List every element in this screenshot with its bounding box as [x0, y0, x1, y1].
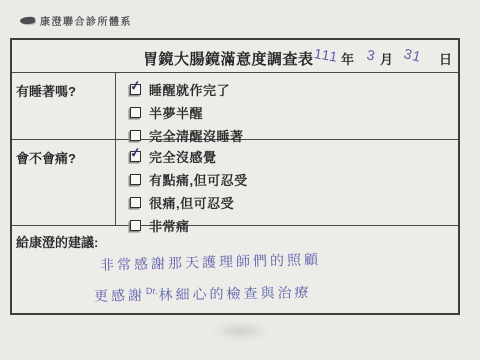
option-label: 很痛,但可忍受 [149, 193, 234, 212]
question-label-sleep: 有睡著嗎? [12, 73, 116, 139]
question-row-pain: 會不會痛? ✓ 完全沒感覺 ✓ 有點痛,但可忍受 ✓ [12, 140, 458, 226]
form-header-row: 胃鏡大腸鏡滿意度調查表 111 年 3 月 31 日 [12, 40, 458, 73]
clinic-logo-line: 康澄聯合診所體系 [20, 13, 132, 28]
handwritten-line2-rest: 林細心的檢查與治療 [158, 284, 311, 303]
checkmark-icon: ✓ [129, 77, 142, 94]
handwritten-comment-line1: 非常感謝那天護理師們的照顧 [100, 249, 321, 275]
option-row: ✓ 睡醒就作完了 [130, 78, 458, 101]
handwritten-comment-line2: 更感謝Dr.林細心的檢查與治療 [94, 282, 312, 306]
question-options-pain: ✓ 完全沒感覺 ✓ 有點痛,但可忍受 ✓ 很痛,但可忍受 [116, 140, 458, 225]
date-month-label: 月 [380, 49, 393, 68]
suggestion-label: 給康澄的建議: [16, 235, 98, 250]
scan-smudge [212, 322, 270, 340]
option-row: ✓ 有點痛,但可忍受 [130, 168, 458, 191]
option-label: 有點痛,但可忍受 [149, 170, 248, 189]
checkbox-icon: ✓ [130, 151, 141, 162]
option-label: 睡醒就作完了 [149, 80, 230, 99]
question-row-sleep: 有睡著嗎? ✓ 睡醒就作完了 ✓ 半夢半醒 ✓ [12, 73, 458, 140]
form-title: 胃鏡大腸鏡滿意度調查表 [143, 48, 314, 69]
option-row: ✓ 很痛,但可忍受 [130, 191, 458, 214]
date-month-handwritten: 3 [365, 46, 377, 63]
handwritten-line2-prefix: 更感謝 [94, 287, 145, 304]
option-row: ✓ 半夢半醒 [130, 101, 458, 124]
option-label: 完全沒感覺 [149, 147, 217, 166]
clinic-name: 康澄聯合診所體系 [40, 13, 132, 28]
handwritten-dr-abbrev: Dr. [146, 286, 158, 296]
survey-form-table: 胃鏡大腸鏡滿意度調查表 111 年 3 月 31 日 有睡著嗎? ✓ 睡醒就作完… [10, 38, 460, 315]
date-year-label: 年 [341, 49, 354, 68]
checkbox-icon: ✓ [130, 107, 141, 118]
date-day-label: 日 [439, 49, 452, 68]
date-day-handwritten: 31 [402, 45, 423, 65]
checkbox-icon: ✓ [130, 84, 141, 95]
question-label-pain: 會不會痛? [12, 140, 116, 225]
checkbox-icon: ✓ [130, 197, 141, 208]
checkbox-icon: ✓ [130, 174, 141, 185]
checkmark-icon: ✓ [129, 144, 142, 161]
date-year-handwritten: 111 [313, 45, 340, 65]
option-label: 半夢半醒 [149, 103, 203, 122]
clinic-logo-icon [20, 16, 35, 24]
option-row: ✓ 完全沒感覺 [130, 145, 458, 168]
suggestion-row: 給康澄的建議: 非常感謝那天護理師們的照顧 更感謝Dr.林細心的檢查與治療 [12, 226, 458, 313]
question-options-sleep: ✓ 睡醒就作完了 ✓ 半夢半醒 ✓ 完全清醒沒睡著 [116, 73, 458, 139]
scanned-survey-form: 康澄聯合診所體系 胃鏡大腸鏡滿意度調查表 111 年 3 月 31 日 有睡著嗎… [0, 0, 480, 360]
